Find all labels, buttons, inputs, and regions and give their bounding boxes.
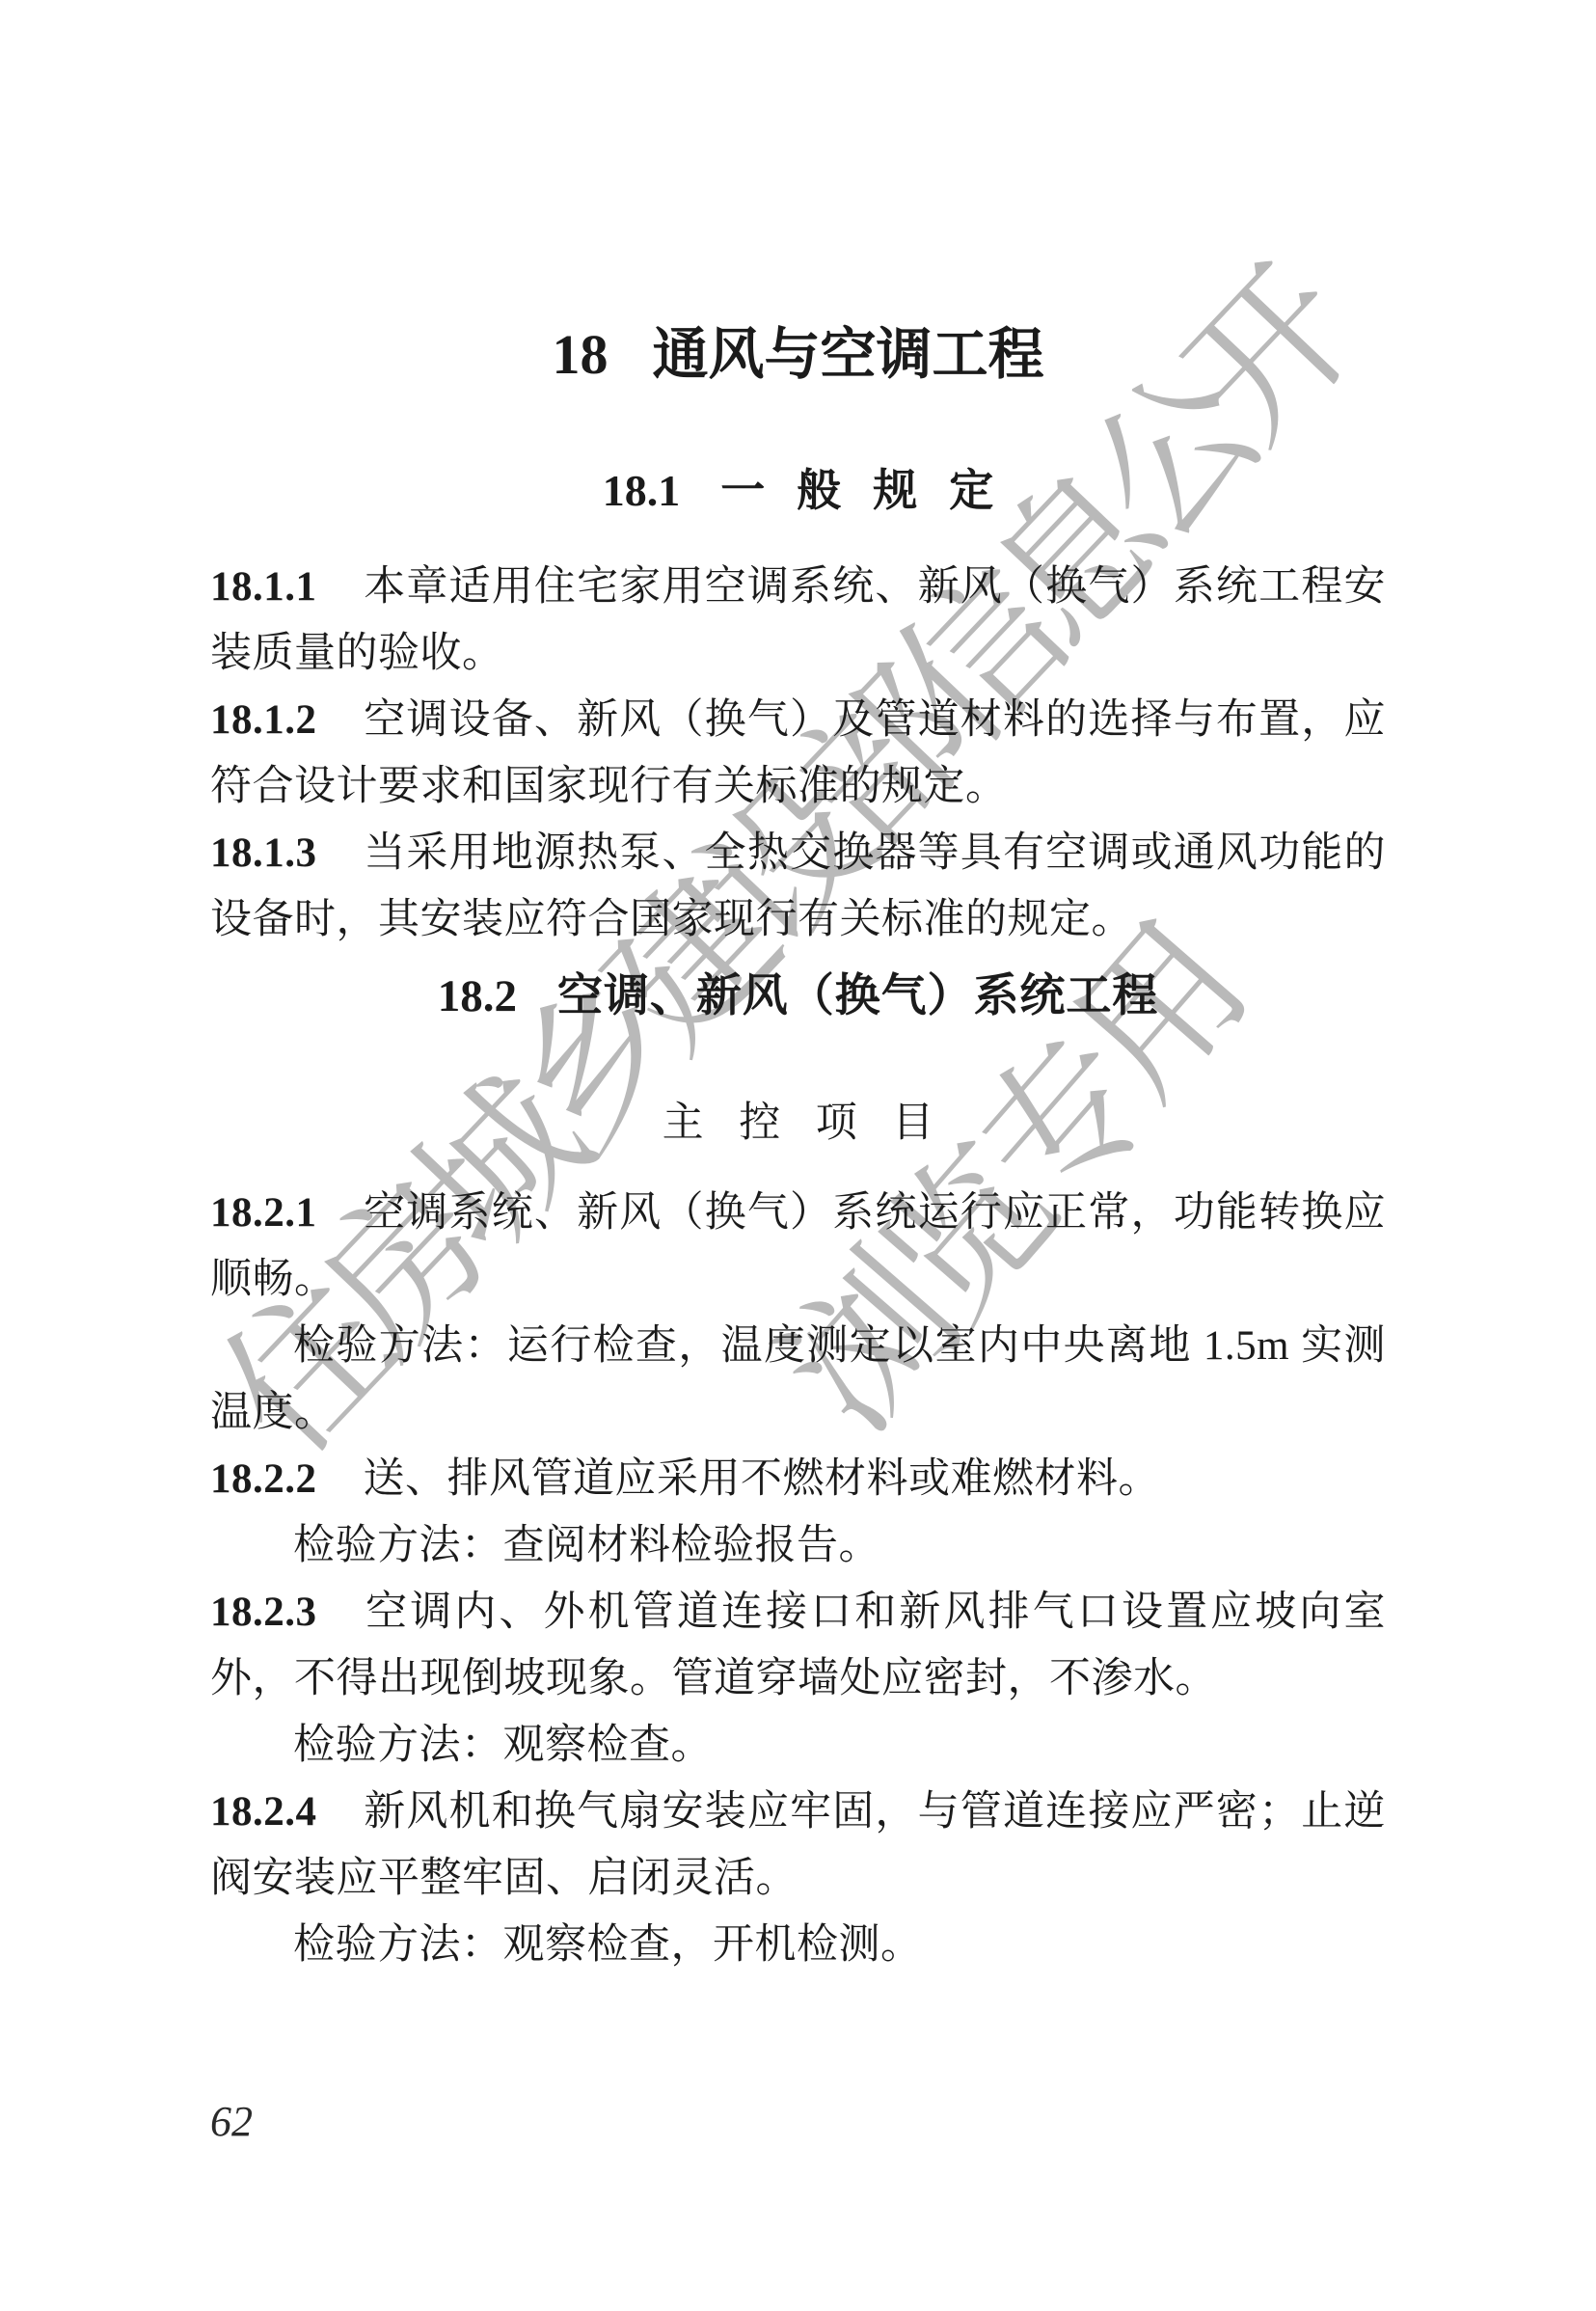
method-18-2-3-line-1: 检验方法：观察检查。	[210, 1712, 1386, 1779]
paragraph-18-2-3-line-1: 18.2.3空调内、外机管道连接口和新风排气口设置应坡向室	[210, 1579, 1386, 1645]
section-18-2-title: 空调、新风（换气）系统工程	[557, 969, 1158, 1020]
chapter-title-text: 通风与空调工程	[652, 323, 1043, 386]
subheading-master-control-items: 主 控 项 目	[210, 1090, 1398, 1156]
clause-text: 空调内、外机管道连接口和新风排气口设置应坡向室	[364, 1590, 1387, 1635]
clause-text: 送、排风管道应采用不燃材料或难燃材料。	[364, 1456, 1161, 1502]
paragraph-18-1-3-line-2: 设备时，其安装应符合国家现行有关标准的规定。	[210, 886, 1386, 953]
clause-number-18-1-3: 18.1.3	[210, 830, 317, 876]
document-page: 住房城乡建设部信息公开 浏览专用 18通风与空调工程 18.1一 般 规 定 1…	[0, 0, 1596, 2311]
method-18-2-4-line-1: 检验方法：观察检查，开机检测。	[210, 1912, 1386, 1978]
clause-number-18-2-3: 18.2.3	[210, 1590, 317, 1635]
paragraph-18-2-4-line-1: 18.2.4新风机和换气扇安装应牢固，与管道连接应严密；止逆	[210, 1779, 1386, 1845]
clause-text: 新风机和换气扇安装应牢固，与管道连接应严密；止逆	[364, 1789, 1387, 1835]
section-18-1-number: 18.1	[603, 466, 681, 515]
clause-number-18-1-1: 18.1.1	[210, 564, 317, 610]
paragraph-18-2-3-line-2: 外，不得出现倒坡现象。管道穿墙处应密封，不渗水。	[210, 1645, 1386, 1712]
chapter-number: 18	[552, 323, 608, 386]
paragraph-18-1-1-line-2: 装质量的验收。	[210, 620, 1386, 687]
paragraph-18-1-2-line-1: 18.1.2空调设备、新风（换气）及管道材料的选择与布置，应	[210, 687, 1386, 753]
clause-number-18-2-2: 18.2.2	[210, 1456, 317, 1502]
paragraph-18-2-4-line-2: 阀安装应平整牢固、启闭灵活。	[210, 1845, 1386, 1912]
clause-number-18-2-1: 18.2.1	[210, 1190, 317, 1236]
section-heading-18-1: 18.1一 般 规 定	[210, 467, 1386, 513]
paragraph-18-1-1-line-1: 18.1.1本章适用住宅家用空调系统、新风（换气）系统工程安	[210, 554, 1386, 620]
clause-text: 空调系统、新风（换气）系统运行应正常，功能转换应	[364, 1190, 1387, 1236]
section-18-2-number: 18.2	[438, 971, 517, 1021]
paragraph-18-2-1-line-2: 顺畅。	[210, 1246, 1386, 1313]
clause-number-18-1-2: 18.1.2	[210, 697, 317, 743]
clause-text: 当采用地源热泵、全热交换器等具有空调或通风功能的	[364, 830, 1387, 876]
method-18-2-2-line-1: 检验方法：查阅材料检验报告。	[210, 1512, 1386, 1579]
clause-text: 本章适用住宅家用空调系统、新风（换气）系统工程安	[364, 564, 1387, 610]
clause-number-18-2-4: 18.2.4	[210, 1789, 317, 1835]
section-heading-18-2: 18.2空调、新风（换气）系统工程	[210, 972, 1386, 1019]
page-number: 62	[210, 2098, 1596, 2146]
method-18-2-1-line-2: 温度。	[210, 1379, 1386, 1446]
section-18-1-title: 一 般 规 定	[720, 465, 1003, 515]
paragraph-18-1-3-line-1: 18.1.3当采用地源热泵、全热交换器等具有空调或通风功能的	[210, 820, 1386, 886]
page-content: 18通风与空调工程 18.1一 般 规 定 18.1.1本章适用住宅家用空调系统…	[0, 0, 1596, 1978]
paragraph-18-2-1-line-1: 18.2.1空调系统、新风（换气）系统运行应正常，功能转换应	[210, 1180, 1386, 1246]
paragraph-18-2-2-line-1: 18.2.2送、排风管道应采用不燃材料或难燃材料。	[210, 1446, 1386, 1512]
clause-text: 空调设备、新风（换气）及管道材料的选择与布置，应	[364, 697, 1387, 743]
method-18-2-1-line-1: 检验方法：运行检查，温度测定以室内中央离地 1.5m 实测	[210, 1313, 1386, 1379]
chapter-title: 18通风与空调工程	[210, 0, 1386, 384]
paragraph-18-1-2-line-2: 符合设计要求和国家现行有关标准的规定。	[210, 753, 1386, 820]
